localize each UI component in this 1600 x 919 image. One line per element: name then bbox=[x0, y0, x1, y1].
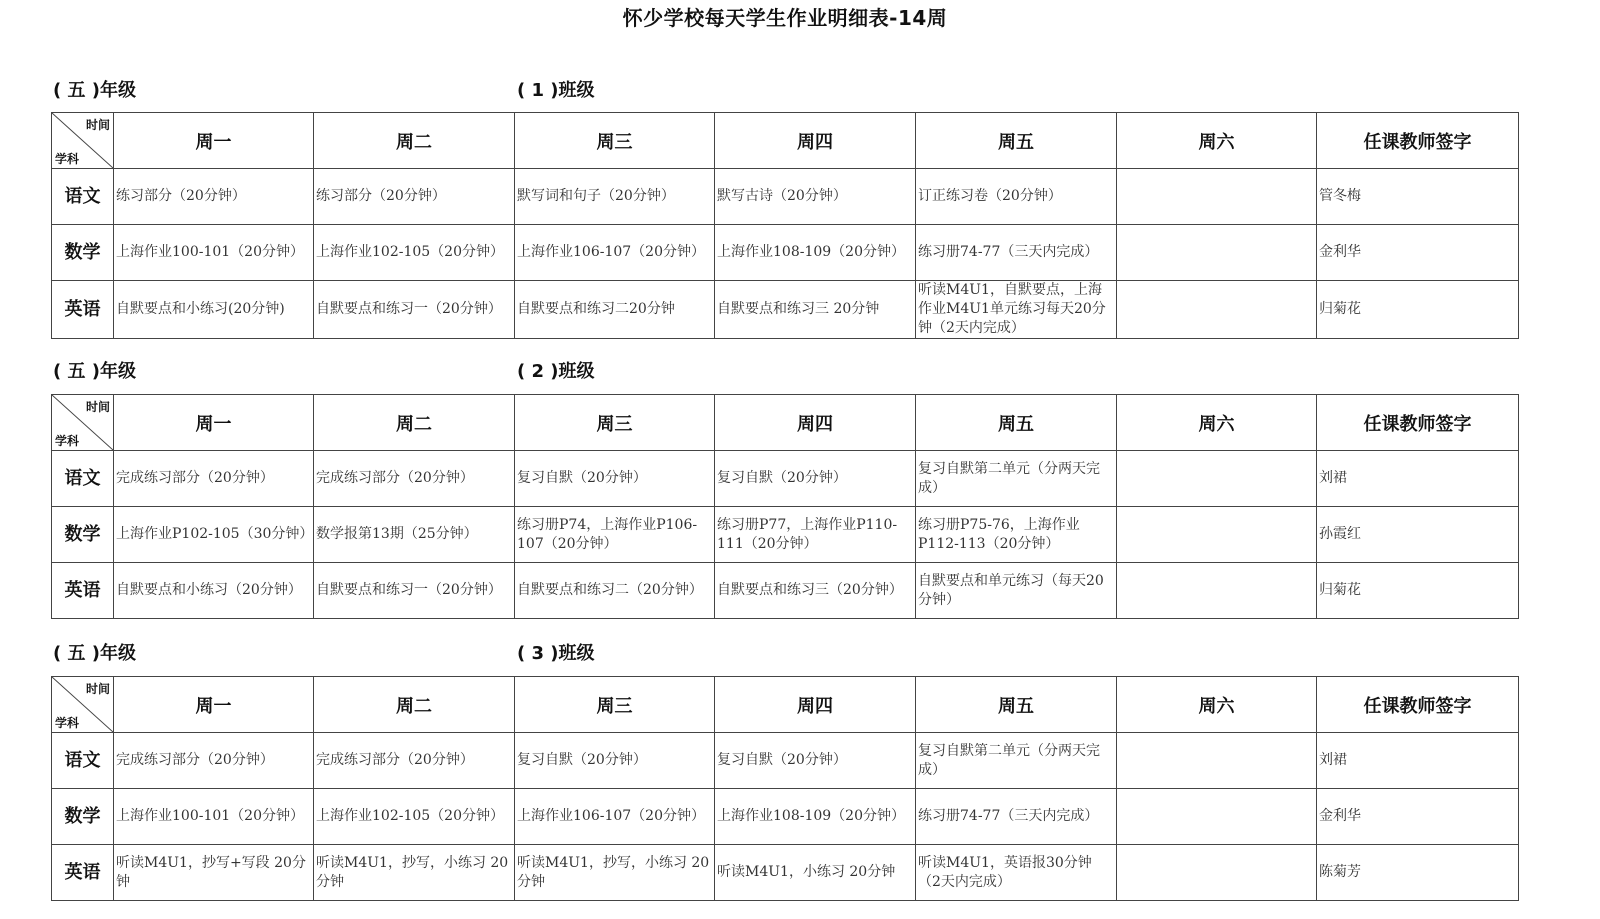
day-header: 周二 bbox=[314, 113, 515, 169]
homework-cell: 自默要点和小练习(20分钟) bbox=[114, 281, 314, 339]
homework-cell: 复习自默（20分钟） bbox=[515, 733, 715, 789]
day-header: 周三 bbox=[515, 395, 715, 451]
teacher-signature: 金利华 bbox=[1317, 225, 1519, 281]
homework-cell: 上海作业100-101（20分钟） bbox=[114, 225, 314, 281]
day-header: 周一 bbox=[114, 395, 314, 451]
day-header: 周三 bbox=[515, 677, 715, 733]
subject-row: 英语听读M4U1，抄写+写段 20分钟听读M4U1，抄写，小练习 20分钟听读M… bbox=[52, 845, 1519, 901]
homework-cell: 默写古诗（20分钟） bbox=[715, 169, 916, 225]
homework-cell: 自默要点和练习一（20分钟） bbox=[314, 281, 515, 339]
subject-row: 数学上海作业100-101（20分钟）上海作业102-105（20分钟）上海作业… bbox=[52, 225, 1519, 281]
day-header: 周二 bbox=[314, 677, 515, 733]
day-header: 周一 bbox=[114, 677, 314, 733]
homework-cell: 练习册P77，上海作业P110-111（20分钟） bbox=[715, 507, 916, 563]
teacher-header: 任课教师签字 bbox=[1317, 677, 1519, 733]
homework-cell: 自默要点和单元练习（每天20分钟） bbox=[916, 563, 1117, 619]
day-header: 周二 bbox=[314, 395, 515, 451]
subject-row: 英语自默要点和小练习（20分钟）自默要点和练习一（20分钟）自默要点和练习二（2… bbox=[52, 563, 1519, 619]
corner-cell: 时间 学科 bbox=[52, 395, 114, 451]
teacher-signature: 金利华 bbox=[1317, 789, 1519, 845]
homework-cell: 听读M4U1，小练习 20分钟 bbox=[715, 845, 916, 901]
teacher-signature: 归菊花 bbox=[1317, 563, 1519, 619]
page-title: 怀少学校每天学生作业明细表-14周 bbox=[0, 2, 1570, 31]
day-header: 周六 bbox=[1117, 113, 1317, 169]
homework-cell: 上海作业100-101（20分钟） bbox=[114, 789, 314, 845]
teacher-signature: 刘裙 bbox=[1317, 451, 1519, 507]
homework-cell: 听读M4U1，抄写+写段 20分钟 bbox=[114, 845, 314, 901]
homework-cell: 完成练习部分（20分钟） bbox=[314, 451, 515, 507]
day-header: 周四 bbox=[715, 113, 916, 169]
subject-row: 语文完成练习部分（20分钟）完成练习部分（20分钟）复习自默（20分钟）复习自默… bbox=[52, 733, 1519, 789]
day-header: 周六 bbox=[1117, 677, 1317, 733]
subject-label: 语文 bbox=[52, 169, 114, 225]
homework-cell: 上海作业102-105（20分钟） bbox=[314, 225, 515, 281]
homework-cell: 听读M4U1，英语报30分钟（2天内完成） bbox=[916, 845, 1117, 901]
day-header: 周三 bbox=[515, 113, 715, 169]
teacher-signature: 管冬梅 bbox=[1317, 169, 1519, 225]
homework-cell: 上海作业108-109（20分钟） bbox=[715, 789, 916, 845]
homework-cell: 练习册74-77（三天内完成） bbox=[916, 789, 1117, 845]
homework-cell bbox=[1117, 281, 1317, 339]
subject-row: 数学上海作业P102-105（30分钟）数学报第13期（25分钟）练习册P74，… bbox=[52, 507, 1519, 563]
header-row: 时间 学科 周一 周二 周三 周四 周五 周六 任课教师签字 bbox=[52, 395, 1519, 451]
subject-label: 数学 bbox=[52, 225, 114, 281]
day-header: 周一 bbox=[114, 113, 314, 169]
homework-cell bbox=[1117, 733, 1317, 789]
homework-cell bbox=[1117, 225, 1317, 281]
header-row: 时间 学科 周一 周二 周三 周四 周五 周六 任课教师签字 bbox=[52, 113, 1519, 169]
homework-cell: 听读M4U1，自默要点，上海作业M4U1单元练习每天20分钟（2天内完成） bbox=[916, 281, 1117, 339]
homework-cell bbox=[1117, 451, 1317, 507]
homework-cell: 上海作业106-107（20分钟） bbox=[515, 789, 715, 845]
homework-cell: 上海作业106-107（20分钟） bbox=[515, 225, 715, 281]
class-label: ( 3 )班级 bbox=[517, 639, 595, 665]
corner-subject-label: 学科 bbox=[55, 432, 79, 449]
homework-cell: 练习册74-77（三天内完成） bbox=[916, 225, 1117, 281]
subject-row: 语文练习部分（20分钟）练习部分（20分钟）默写词和句子（20分钟）默写古诗（2… bbox=[52, 169, 1519, 225]
homework-cell: 听读M4U1，抄写，小练习 20分钟 bbox=[515, 845, 715, 901]
homework-cell: 上海作业108-109（20分钟） bbox=[715, 225, 916, 281]
subject-row: 语文完成练习部分（20分钟）完成练习部分（20分钟）复习自默（20分钟）复习自默… bbox=[52, 451, 1519, 507]
teacher-header: 任课教师签字 bbox=[1317, 395, 1519, 451]
grade-label: ( 五 )年级 bbox=[53, 357, 136, 383]
homework-cell: 练习部分（20分钟） bbox=[114, 169, 314, 225]
corner-time-label: 时间 bbox=[86, 680, 110, 697]
homework-cell: 练习部分（20分钟） bbox=[314, 169, 515, 225]
homework-cell bbox=[1117, 507, 1317, 563]
homework-cell: 自默要点和练习一（20分钟） bbox=[314, 563, 515, 619]
homework-cell: 练习册P74，上海作业P106-107（20分钟） bbox=[515, 507, 715, 563]
subject-label: 英语 bbox=[52, 281, 114, 339]
subject-label: 英语 bbox=[52, 845, 114, 901]
subject-label: 英语 bbox=[52, 563, 114, 619]
day-header: 周五 bbox=[916, 677, 1117, 733]
day-header: 周四 bbox=[715, 677, 916, 733]
day-header: 周四 bbox=[715, 395, 916, 451]
homework-cell: 复习自默第二单元（分两天完成） bbox=[916, 733, 1117, 789]
teacher-signature: 陈菊芳 bbox=[1317, 845, 1519, 901]
homework-cell: 订正练习卷（20分钟） bbox=[916, 169, 1117, 225]
homework-cell: 完成练习部分（20分钟） bbox=[314, 733, 515, 789]
header-row: 时间 学科 周一 周二 周三 周四 周五 周六 任课教师签字 bbox=[52, 677, 1519, 733]
corner-time-label: 时间 bbox=[86, 116, 110, 133]
class-label: ( 2 )班级 bbox=[517, 357, 595, 383]
corner-time-label: 时间 bbox=[86, 398, 110, 415]
homework-cell: 听读M4U1，抄写，小练习 20分钟 bbox=[314, 845, 515, 901]
corner-subject-label: 学科 bbox=[55, 714, 79, 731]
homework-cell: 自默要点和小练习（20分钟） bbox=[114, 563, 314, 619]
day-header: 周五 bbox=[916, 113, 1117, 169]
homework-cell: 练习册P75-76，上海作业P112-113（20分钟） bbox=[916, 507, 1117, 563]
day-header: 周六 bbox=[1117, 395, 1317, 451]
homework-cell: 自默要点和练习二（20分钟） bbox=[515, 563, 715, 619]
teacher-header: 任课教师签字 bbox=[1317, 113, 1519, 169]
homework-table-class-3: 时间 学科 周一 周二 周三 周四 周五 周六 任课教师签字 语文完成练习部分（… bbox=[51, 676, 1519, 901]
homework-cell bbox=[1117, 563, 1317, 619]
homework-cell: 默写词和句子（20分钟） bbox=[515, 169, 715, 225]
homework-cell bbox=[1117, 169, 1317, 225]
corner-subject-label: 学科 bbox=[55, 150, 79, 167]
homework-table-class-2: 时间 学科 周一 周二 周三 周四 周五 周六 任课教师签字 语文完成练习部分（… bbox=[51, 394, 1519, 619]
homework-cell: 复习自默第二单元（分两天完成） bbox=[916, 451, 1117, 507]
homework-cell: 复习自默（20分钟） bbox=[515, 451, 715, 507]
homework-cell: 上海作业P102-105（30分钟） bbox=[114, 507, 314, 563]
corner-cell: 时间 学科 bbox=[52, 677, 114, 733]
teacher-signature: 刘裙 bbox=[1317, 733, 1519, 789]
homework-cell: 完成练习部分（20分钟） bbox=[114, 451, 314, 507]
homework-cell: 自默要点和练习三（20分钟） bbox=[715, 563, 916, 619]
teacher-signature: 归菊花 bbox=[1317, 281, 1519, 339]
teacher-signature: 孙霞红 bbox=[1317, 507, 1519, 563]
subject-label: 数学 bbox=[52, 507, 114, 563]
day-header: 周五 bbox=[916, 395, 1117, 451]
homework-cell bbox=[1117, 789, 1317, 845]
class-label: ( 1 )班级 bbox=[517, 76, 595, 102]
homework-cell: 复习自默（20分钟） bbox=[715, 451, 916, 507]
homework-cell bbox=[1117, 845, 1317, 901]
subject-label: 数学 bbox=[52, 789, 114, 845]
grade-label: ( 五 )年级 bbox=[53, 639, 136, 665]
subject-row: 数学上海作业100-101（20分钟）上海作业102-105（20分钟）上海作业… bbox=[52, 789, 1519, 845]
subject-label: 语文 bbox=[52, 733, 114, 789]
homework-cell: 自默要点和练习三 20分钟 bbox=[715, 281, 916, 339]
homework-cell: 上海作业102-105（20分钟） bbox=[314, 789, 515, 845]
subject-row: 英语自默要点和小练习(20分钟)自默要点和练习一（20分钟）自默要点和练习二20… bbox=[52, 281, 1519, 339]
homework-table-class-1: 时间 学科 周一 周二 周三 周四 周五 周六 任课教师签字 语文练习部分（20… bbox=[51, 112, 1519, 339]
homework-cell: 自默要点和练习二20分钟 bbox=[515, 281, 715, 339]
grade-label: ( 五 )年级 bbox=[53, 76, 136, 102]
corner-cell: 时间 学科 bbox=[52, 113, 114, 169]
subject-label: 语文 bbox=[52, 451, 114, 507]
homework-cell: 数学报第13期（25分钟） bbox=[314, 507, 515, 563]
homework-cell: 完成练习部分（20分钟） bbox=[114, 733, 314, 789]
homework-cell: 复习自默（20分钟） bbox=[715, 733, 916, 789]
